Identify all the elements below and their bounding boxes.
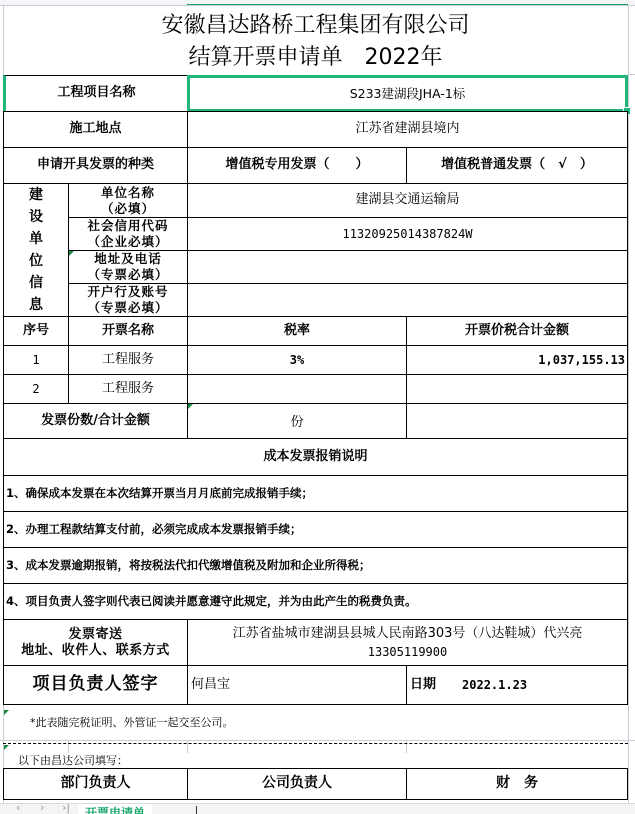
row2-no[interactable]: 2 — [3, 374, 69, 404]
next-sheet-icon[interactable]: › — [40, 803, 44, 814]
comment-marker — [188, 404, 193, 409]
row1-amount[interactable]: 1,037,155.13 — [406, 345, 628, 375]
label-line: 地址及电话 — [94, 251, 162, 267]
total-label: 发票份数/合计金额 — [3, 403, 188, 439]
sheet-tab-bar: ‹ › ›| 开票申请单 — [0, 803, 635, 814]
total-amount-cell[interactable] — [406, 403, 628, 439]
label-line: 发票寄送 — [68, 627, 122, 643]
date-label: 日期 — [410, 677, 436, 693]
column-header-b[interactable]: B — [125, 0, 132, 3]
total-count-cell[interactable]: 份 — [187, 403, 407, 439]
bank-account-label: 开户行及账号 （专票必填） — [68, 283, 188, 317]
items-header-rate: 税率 — [187, 316, 407, 346]
gridline — [628, 74, 635, 75]
label-line: （企业必填） — [87, 234, 168, 250]
group-char: 建 — [29, 184, 43, 206]
items-header-no: 序号 — [3, 316, 69, 346]
label-line: 开户行及账号 — [87, 284, 168, 300]
approval-finance: 财 务 — [406, 768, 628, 800]
builder-name-label: 单位名称 （必填） — [68, 183, 188, 218]
cost-section-title: 成本发票报销说明 — [3, 438, 628, 476]
approval-dept-head: 部门负责人 — [3, 768, 188, 800]
gridline — [187, 740, 188, 753]
label-line: （专票必填） — [87, 267, 168, 283]
site-label: 施工地点 — [3, 111, 188, 148]
internal-note: 以下由昌达公司填写： — [18, 752, 128, 768]
prev-sheet-icon[interactable]: ‹ — [16, 803, 20, 814]
label-line: （专票必填） — [87, 300, 168, 316]
comment-marker — [4, 710, 9, 715]
row1-rate[interactable]: 3% — [187, 345, 407, 375]
address-phone-label: 地址及电话 （专票必填） — [68, 250, 188, 284]
mail-phone: 13305119900 — [368, 643, 447, 661]
signer-cell[interactable]: 何昌宝 — [187, 665, 407, 705]
label-line: 社会信用代码 — [87, 218, 168, 234]
credit-code-cell[interactable]: 11320925014387824W — [187, 217, 628, 251]
approval-company-head: 公司负责人 — [187, 768, 407, 800]
cost-note-3: 3、成本发票逾期报销，将按税法代扣代缴增值税及附加和企业所得税； — [3, 547, 628, 584]
cost-note-4: 4、项目负责人签字则代表已阅读并愿意遵守此规定，并为由此产生的税费负责。 — [3, 583, 628, 620]
mail-label: 发票寄送 地址、收件人、联系方式 — [3, 619, 188, 666]
invoice-type-general-cell[interactable]: 增值税普通发票（ √ ） — [406, 147, 628, 184]
address-phone-cell[interactable] — [187, 250, 628, 284]
cost-note-2: 2、办理工程款结算支付前，必须完成成本发票报销手续； — [3, 511, 628, 548]
sheet-tab-active[interactable]: 开票申请单 — [78, 804, 152, 814]
tab-divider — [196, 806, 197, 814]
row2-amount[interactable] — [406, 374, 628, 404]
invoice-type-special-cell[interactable]: 增值税专用发票（ ） — [187, 147, 407, 184]
company-title: 安徽昌达路桥工程集团有限公司 — [3, 6, 628, 40]
builder-info-group-label: 建 设 单 位 信 息 — [3, 183, 69, 317]
group-char: 息 — [29, 294, 43, 316]
date-value: 2022.1.23 — [462, 678, 527, 693]
row1-no[interactable]: 1 — [3, 345, 69, 375]
column-header-a[interactable]: A — [30, 0, 37, 3]
site-cell[interactable]: 江苏省建湖县境内 — [187, 111, 628, 148]
mail-value-cell[interactable]: 江苏省盐城市建湖县县城人民南路303号（八达鞋城）代兴亮 13305119900 — [187, 619, 628, 666]
signer-label: 项目负责人签字 — [3, 665, 188, 705]
invoice-type-label: 申请开具发票的种类 — [3, 147, 188, 184]
form-title: 结算开票申请单 2022年 — [3, 38, 628, 72]
items-header-name: 开票名称 — [68, 316, 188, 346]
label-line: 地址、收件人、联系方式 — [21, 643, 170, 659]
project-name-label: 工程项目名称 — [3, 75, 188, 112]
gridline — [406, 740, 407, 753]
comment-marker — [69, 251, 74, 256]
row2-name[interactable]: 工程服务 — [68, 374, 188, 404]
cut-line — [3, 743, 628, 744]
column-header-d[interactable]: D — [515, 0, 523, 3]
cost-note-1: 1、确保成本发票在本次结算开票当月月底前完成报销手续； — [3, 475, 628, 512]
last-sheet-icon[interactable]: ›| — [62, 803, 70, 814]
footnote: *此表随完税证明、外管证一起交至公司。 — [30, 714, 234, 730]
label-line: 单位名称 — [101, 185, 155, 201]
group-char: 设 — [29, 206, 43, 228]
builder-name-cell[interactable]: 建湖县交通运输局 — [187, 183, 628, 218]
gridline — [0, 740, 635, 741]
bank-account-cell[interactable] — [187, 283, 628, 317]
column-header-c[interactable]: C — [295, 0, 302, 3]
group-char: 位 — [29, 250, 43, 272]
comment-marker — [4, 745, 9, 750]
credit-code-label: 社会信用代码 （企业必填） — [68, 217, 188, 251]
row2-rate[interactable] — [187, 374, 407, 404]
project-name-cell[interactable]: S233建湖段JHA-1标 — [187, 75, 628, 112]
row1-name[interactable]: 工程服务 — [68, 345, 188, 375]
date-cell[interactable]: 日期 2022.1.23 — [406, 665, 628, 705]
mail-address: 江苏省盐城市建湖县县城人民南路303号（八达鞋城）代兴亮 — [233, 625, 583, 643]
items-header-amount: 开票价税合计金额 — [406, 316, 628, 346]
group-char: 单 — [29, 228, 43, 250]
label-line: （必填） — [101, 201, 155, 217]
group-char: 信 — [29, 272, 43, 294]
gridline — [628, 6, 629, 803]
